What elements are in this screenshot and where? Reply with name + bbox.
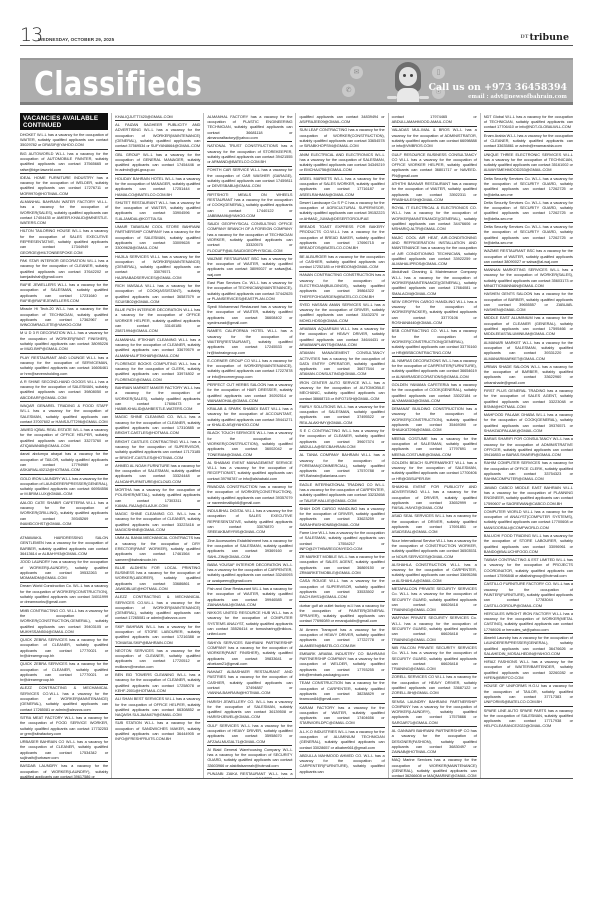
- phone-icon: ✆: [342, 84, 355, 97]
- classified-ad: RWADIZA CONSTRUCTION has a vacancy for t…: [207, 483, 292, 507]
- classified-ad: HILTON TAILORING HOUSE W.L.L has a vacan…: [20, 228, 108, 257]
- classified-ad: AL NIMRAS DECORATIONS W.L.L has a vacanc…: [392, 357, 477, 381]
- classified-ad: WAQAR GENAREL TRADING & FOOD STAFF W.L.L…: [20, 402, 108, 426]
- classified-ad: BALUCHI FOOD TRADING W.L.L has a vacancy…: [484, 532, 573, 556]
- classified-ad: DEMANAT BUILDING CONSTRUCTION has a vaca…: [392, 405, 477, 434]
- classified-ad: A.L.K.O INDUSTRIES W.L.L has a vacancy f…: [299, 728, 384, 752]
- classified-ad: Syedi Mohammad Restaurant has a vacancy …: [207, 303, 292, 327]
- classified-ad: BIG AUTOWORLD W.L.L has a vacancy for th…: [20, 150, 108, 174]
- classified-ad: Zine Accessories Establishment has a vac…: [207, 537, 292, 561]
- classified-ad: GULF RESOURCE BUSINESS CONSULTANCY CO W.…: [392, 151, 477, 180]
- classified-ad: GOLD IRON LAUNDRY W.L.L has a vacancy fo…: [20, 475, 108, 499]
- classified-ad: HANAN CONTRACTING CONSTRUCTION has a vac…: [299, 272, 384, 301]
- classified-ad: NAME'S CALIFORNIA HOTEL W.L.L has a vaca…: [207, 328, 292, 357]
- classified-ad: BASDAB LAUNDRY has a vacancy for the occ…: [20, 762, 108, 778]
- column-4: qualified applicants can contact 3483949…: [296, 113, 388, 778]
- classified-ad: PUNJABI ZAIKA RESTAURANT W.L.L has a vac…: [207, 770, 292, 778]
- classified-ad: HAJILA SERVICES W.L.L has a vacancy for …: [115, 253, 200, 282]
- brand-mark-icon: DT: [520, 34, 528, 40]
- classified-ad: WAFIYAH PRIVATE SECURITY SERVICES Co. W.…: [392, 615, 477, 644]
- classified-ad: ZR MARKET MOBILE W.L.L has a vacancy for…: [299, 553, 384, 577]
- classified-ad: FOHITH CAR SERVICE W.L.L has a vacancy f…: [207, 167, 292, 191]
- classified-ad: SKIP BAHRAIN W.L.L has a vacancy for the…: [115, 623, 200, 647]
- classified-ad: MANNAN MARKETING SERVICES W.L.L has a va…: [484, 266, 573, 290]
- classified-ad: Al Ameen Transport has a vacancy for the…: [299, 626, 384, 650]
- classified-ad: SHAIKHA EVENT FOR PUBLICITY AND ADVERTIS…: [392, 483, 477, 512]
- classified-ad: RIFITSHOTI MEALS ON WHEELS RESTAURANT ha…: [207, 191, 292, 220]
- column-2: KHALIQJUTT7420@GMAIL.COMAL FAIZAN SAGHEE…: [112, 113, 204, 778]
- classified-ad: Desert Landscape Co S P C has a vacancy …: [299, 199, 384, 223]
- classified-ad: VALADAS MUL.IMAL & BROS W.L.L has a vaca…: [392, 127, 477, 151]
- classified-ad: TEAM CONSTRUCTION has a vacancy for the …: [299, 680, 384, 704]
- classified-ad: PAK STAR INTERIOR DECORATION W.L.L has a…: [20, 257, 108, 281]
- classified-ad: ALMANHAL IFTIKHAR CLEANING W.L.L has a v…: [115, 336, 200, 360]
- classified-ad: HASHEN GENTS SALOON has a vacancy for th…: [484, 290, 573, 314]
- classified-ad: MAGIC SHINE CLEANING CO. W.L.L has a vac…: [115, 510, 200, 534]
- mail-icon: ✉: [350, 66, 363, 79]
- classified-ad: Dream World Construction Co. W.L.L has a…: [20, 583, 108, 607]
- classified-ad: AALOD CATE SHABIR CAFETERIA W.L.L has a …: [20, 499, 108, 528]
- banner-bottom-bar: [20, 102, 573, 105]
- classified-ad: EMBARK ARABIA INDUSTRY CO BAHRAINI PARTN…: [299, 650, 384, 679]
- classified-ad: COMPUTER WORLD W.L.L has a vacancy for t…: [484, 508, 573, 532]
- classified-ad: PLAY RESTAURANT AND LOUNGE W.L.L has a v…: [20, 354, 108, 378]
- classified-ad: RAFIE JEWELLERS W.L.L has a vacancy for …: [20, 281, 108, 305]
- classified-ad: BSB CONTRACTING CO. W.L.L has a vacancy …: [392, 328, 477, 357]
- classified-ad: JAWAD CABCO MIDDLE EAST BAHRAIN W.L.L ha…: [484, 484, 573, 508]
- classified-ad: Delta Security Services Co. W.L.L has a …: [484, 199, 573, 223]
- classified-ad: GULF SERVICES W.L.L has a vacancy for th…: [207, 722, 292, 746]
- column-5: contact 17974465 or ABDULLAMAHMOOD.AMAIL…: [389, 113, 481, 778]
- support-agent-illustration: [390, 60, 426, 102]
- mobile-icon: ▯: [432, 66, 445, 79]
- classified-ad: NIB FALCON PRIVATE SECURITY SERVICES Co.…: [392, 644, 477, 673]
- classified-ad: S E C CONTRACTING W.L.L has a vacancy fo…: [299, 427, 384, 451]
- classified-ad: NDT Global W.L.L has a vacancy for the o…: [484, 113, 573, 132]
- classified-ad: BARAS SHARIFI FOR CONSULTANCY W.L.L has …: [484, 436, 573, 460]
- classified-ad: E-CORNER GROUP CO W.L.L has a vacancy fo…: [207, 357, 292, 381]
- classified-ad: ALI SHAN BEST SERVICES W.L.L has a vacan…: [115, 695, 200, 719]
- classified-ad: ALMANHAL BAHRAIN WATER FACTORY W.L.L. ha…: [20, 198, 108, 227]
- classified-ad: ATAMAN MANAGEMENT CONSULTANCY ACTIVITIES…: [299, 349, 384, 378]
- classified-ad: Abdulhadi Cleaning & Maintenance Company…: [392, 269, 477, 298]
- classified-ad: EAGLE INTERNATIONAL TRADING CO W.L.L has…: [299, 481, 384, 505]
- classified-ad: CASA ROUGE W.L.L has a vacancy for the o…: [299, 578, 384, 602]
- classified-ad: HARISH JEWELLERY CO. W.L.L has a vacancy…: [207, 698, 292, 722]
- classified-ad: UMM AL BANIA MECHANICAL CONTRACTS has a …: [115, 535, 200, 564]
- classified-ad: Delta Security Services Co. W.L.L has a …: [484, 223, 573, 247]
- classified-ad: WAZMIE RESTAURANT BSC has a vacancy for …: [484, 247, 573, 266]
- classified-ad: M U D 3 R DECORATION W.L.L has a vacancy…: [20, 330, 108, 354]
- classified-ad: GOLDEN BEACH SUPERMARKET W.L.L has a vac…: [392, 459, 477, 483]
- classified-ad: FLORENCE BOOKS COMPUTING W.L.L has a vac…: [115, 360, 200, 384]
- contact-email[interactable]: email : advt@newsofbahrain.com: [468, 94, 567, 100]
- classified-ad: Alwehli Laundry has a vacancy for the oc…: [484, 634, 573, 658]
- classified-ad: A R SHINE SECOND-HAND GOODS W.L.L has a …: [20, 378, 108, 402]
- classified-ad: SAHIYA SERVICES BAHRAINI PARTNERSHIP COM…: [207, 639, 292, 668]
- classified-ad: ARABIAN AQUARIUM W.L.L has a vacancy for…: [299, 325, 384, 349]
- classified-ad: BE ALBURGER has a vacancy for the occupa…: [299, 253, 384, 272]
- classified-ad: UMAIR TABASUM COOL STORE BAHRAINI PARTNE…: [115, 223, 200, 252]
- brand-logo[interactable]: DTtribune: [520, 32, 569, 43]
- classified-ad: SHAH DOR CARGO HANDLING has a vacancy fo…: [299, 505, 384, 529]
- classified-ad: RAHIM COMPUTER SERVICES has a vacancy fo…: [484, 460, 573, 484]
- classified-ad: contact 17974465 or ABDULLAMAHMOOD.AMAIL…: [392, 113, 477, 127]
- classified-ad: Al Blaid General Warehousing Company W.L…: [207, 746, 292, 770]
- classified-ad: KARAM FACTORY has a vacancy for the occu…: [299, 704, 384, 728]
- classified-columns: VACANCIES AVAILABLE CONTINUED DHOKET W.L…: [20, 113, 573, 778]
- classified-ad: ALMANHAL FACTORY has a vacancy for the o…: [207, 113, 292, 142]
- classified-ad: SUN LEAF CONTRACTING has a vacancy for t…: [299, 127, 384, 151]
- classified-ad: MAGIC SHINE CLEANING CO. W.L.L has a vac…: [115, 414, 200, 438]
- classified-ad: URBAN SHADE SALOON W.L.L has a vacancy f…: [484, 363, 573, 387]
- classified-ad: MEENA COSTUME has a vacancy for the occu…: [392, 435, 477, 459]
- ad-list: KHALIQJUTT7420@GMAIL.COMAL FAIZAN SAGHEE…: [115, 113, 200, 743]
- classified-ad: HOUSE OF UNIFORMS H.O.U has a vacancy fo…: [484, 683, 573, 707]
- column-1: VACANCIES AVAILABLE CONTINUED DHOKET W.L…: [20, 113, 112, 778]
- classified-ad: ZORELL SERVICES CO W.L.L has a vacancy f…: [392, 674, 477, 698]
- classified-ad: SENSA LAUNDRY BAHRAINI PARTNERSHIP COMPA…: [392, 698, 477, 727]
- classified-ad: MIDDLE EAST ALUMINIUM has a vacancy for …: [484, 315, 573, 339]
- call-number[interactable]: Call us on +973 36458394: [429, 82, 568, 93]
- classifieds-banner: Classifieds ✉ ✆ ▯ ☉ Call us on +973 3645…: [20, 58, 573, 102]
- column-3: ALMANHAL FACTORY has a vacancy for the o…: [204, 113, 296, 778]
- classified-ad: ROYAL IT ELECTRICAL & ELECTRONICS CO. W.…: [392, 204, 477, 233]
- classified-ad: AL FAIZAN SAGHEER PUBLICITY AND ADVERTIS…: [115, 121, 200, 150]
- classified-ad: JAWED IQBAL REAL ESTATE W.L.L has a vaca…: [20, 426, 108, 450]
- brand-name: tribune: [529, 32, 569, 43]
- classified-ad: FAIRLY SOLUTIONS W.L.L has a vacancy for…: [299, 403, 384, 427]
- classified-ad: Fame Line W.L.L has a vacancy for the oc…: [299, 529, 384, 553]
- classified-ad: RICH MASALA W.L.L has a vacancy for the …: [115, 282, 200, 306]
- page-date: WEDNESDAY, OCTOBER 29, 2025: [38, 37, 114, 42]
- ad-list: NDT Global W.L.L has a vacancy for the o…: [484, 113, 573, 730]
- classified-ad: GOLDEN YAMAMA CAFETERIA has a vacancy fo…: [392, 381, 477, 405]
- classified-ad: ASEEL MARKETS W.L.L has a vacancy for th…: [299, 175, 384, 199]
- classified-ad: MAJIC COOL AIR HEAT, AIR-CONDITIONING AN…: [392, 234, 477, 269]
- classified-ad: ALEZZ CONTRACTING & MECHANICAL SERVICES …: [115, 593, 200, 622]
- classified-ad: BREADS TOAST EXPRESS FOR BAKERY PRODUCTS…: [299, 223, 384, 252]
- classified-ad: FIRST PLUS GENERAL TRADING has a vacancy…: [484, 387, 573, 411]
- classified-ad: ABDULLA MAHMOOD AHMED CO. W.L.L has a va…: [299, 752, 384, 775]
- classified-ad: QUICK ZEBRA SERVICES has a vacancy for t…: [20, 636, 108, 660]
- classified-ad: GBL GROUP W.L.L has a vacancy for the oc…: [115, 151, 200, 175]
- classified-ad: SHUTET RESTAURANT W.L.L has a vacancy fo…: [115, 199, 200, 223]
- classified-ad: HERCULES WRIGHT IRON FACTORY W.L.L has a…: [484, 610, 573, 634]
- section-heading: VACANCIES AVAILABLE CONTINUED: [20, 113, 108, 130]
- page-number: 13: [20, 24, 42, 46]
- classified-ad: ALSHAHLA CONSTRUCTION W.L.L has a vacanc…: [392, 561, 477, 585]
- classified-ad: Nour International Service W.L.L has a v…: [392, 537, 477, 561]
- classified-ad: ALEZZ CONTRACTING & MECHANICAL SERVICES …: [20, 685, 108, 714]
- classified-ad: HIFAIZ FASHIONS W.L.L has a vacancy for …: [484, 658, 573, 682]
- classified-ad: NEOTON SERVICES has a vacancy for the oc…: [115, 647, 200, 671]
- classified-ad: MMB CONTRACTING CO. W.L.L has a vacancy …: [20, 607, 108, 636]
- classified-ad: TAIBAH CONTRACTING & EST LIMITED W.L.L h…: [484, 556, 573, 580]
- classified-ad: Miracle Hi Tech-20 W.L.L has a vacancy f…: [20, 306, 108, 330]
- classified-ad: URBASER BAHRAIN CO W.L.L has a vacancy f…: [20, 738, 108, 762]
- classified-ad: BRIGHT CASTLES CONTRACTING W.L.L has a v…: [115, 438, 200, 462]
- classified-ad: AL GANNARI BAHRAINI PARTNERSHIP CO has a…: [392, 727, 477, 756]
- classified-ad: SAUDI GEOPHYSICAL CONSULTING OFFICE COMP…: [207, 220, 292, 255]
- classified-ad: UNIQUE THREE ELECTRONIC SERVICES W.L.L h…: [484, 151, 573, 175]
- classified-ad: BABA YOUSAF INTERIOR DECORATION W.L.L ha…: [207, 561, 292, 585]
- classified-ad: East Plan Services Co. W.L.L has a vacan…: [207, 279, 292, 303]
- classified-ad: SYED HASSAN AMAN SERVICES W.L.L has a va…: [299, 301, 384, 325]
- ad-list: contact 17974465 or ABDULLAMAHMOOD.AMAIL…: [392, 113, 477, 778]
- classified-ad: QUICK ZEBRA SERVICES has a vacancy for t…: [20, 661, 108, 685]
- column-6: NDT Global W.L.L has a vacancy for the o…: [481, 113, 573, 778]
- classified-ad: NATIONAL TRUST CONSTRUCTIONS has a vacan…: [207, 142, 292, 166]
- classified-ad: KRALAB & SPARK SHABIDI EAST W.L.L has a …: [207, 405, 292, 429]
- classified-ad: BEN EID TOWERS CLEANING W.L.L has a vaca…: [115, 671, 200, 695]
- classified-ad: JOOD LAUNDRY has a vacancy for the occup…: [20, 559, 108, 583]
- classified-ad: AL TANIA COMPANY BAHRAIN W.L.L has a vac…: [299, 451, 384, 480]
- classified-ad: HOLIDAY BAHRAIN HOTEL W.L.L has a vacanc…: [115, 175, 200, 199]
- classified-ad: SITRA MEAT FACTORY W.L.L has a vacancy f…: [20, 714, 108, 738]
- classified-ad: NAHAAT ALBASHAER RESTAURANT AND PASTRIES…: [207, 668, 292, 697]
- classified-ad: BLUE PATH INTERIOR DECORATION W.L.L has …: [115, 306, 200, 335]
- classified-ad: IDEAL HOME FURNITURE INDUSTRY has a vaca…: [20, 174, 108, 198]
- classified-ad: AHMED AL NOAH FURNITURE has a vacancy fo…: [115, 462, 200, 486]
- ad-list: DHOKET W.L.L has a vacancy for the occup…: [20, 131, 108, 778]
- classified-ad: NIKKOS UNITED RESOURCE HUB W.L.L has a v…: [207, 609, 292, 638]
- classified-ad: Fish and Gear Restaurant W.L.L has a vac…: [207, 585, 292, 609]
- ad-list: ALMANHAL FACTORY has a vacancy for the o…: [207, 113, 292, 778]
- classified-ad: NEW GROFFIN CARGO HANDLING W.L.L has a v…: [392, 298, 477, 327]
- classified-ad: SPARE LINE AUTO SPARE PARTS has a vacanc…: [484, 707, 573, 730]
- classified-ad: KHALIQJUTT7420@GMAIL.COM: [115, 113, 200, 121]
- classified-ad: IRON CENTER AUTO SERVICE W.L.L has a vac…: [299, 379, 384, 403]
- classified-ad: Enam Arabia W.L.L has a vacancy for the …: [484, 132, 573, 151]
- classified-ad: PERFECT CUT HERBS SALOON has a vacancy f…: [207, 381, 292, 405]
- classified-ad: MORTHA has a vacancy for the occupation …: [115, 486, 200, 510]
- classified-ad: ALMANARI MARKET W.L.L has a vacancy for …: [484, 339, 573, 363]
- classified-ad: Delta Security Services Co. W.L.L has a …: [484, 175, 573, 199]
- classified-ad: AL SHABAKI EVENT MANAGEMENT SERVICE W.L.…: [207, 459, 292, 483]
- masthead: 13 WEDNESDAY, OCTOBER 29, 2025 DTtribune: [20, 26, 573, 46]
- classified-ad: ATHITHI BAHAAR RESTAURANT has a vacancy …: [392, 180, 477, 204]
- classified-ad: BLUE ALDIHEN FOR LOCAL PRINTING BUSINESS…: [115, 564, 200, 593]
- classified-ad: WAZMIE RESTAURANT BSC has a vacancy for …: [207, 255, 292, 279]
- classified-ad: INDULBHAL DIGITAL W.L.L has a vacancy fo…: [207, 507, 292, 536]
- classified-ad: danat abdumya abayat has a vacancy for t…: [20, 451, 108, 475]
- classified-ad: SUB STATION W.L.L has a vacancy for the …: [115, 720, 200, 743]
- classified-ad: BLACK TOUCH SERVICES W.L.L has a vacancy…: [207, 430, 292, 459]
- classified-ad: CASTILLO FURNITURE FACTORY CO. W.L.L has…: [484, 581, 573, 610]
- classified-ad: BAHRAIN MARKET MAKER FACTORY W.L.L has a…: [115, 384, 200, 413]
- page-title: Classifieds: [34, 64, 202, 102]
- classified-ad: MAQ Marine Services has a vacancy for th…: [392, 757, 477, 778]
- classified-ad: qualified applicants can contact 3483949…: [299, 113, 384, 127]
- classified-ad: METAFALCON PRIVATE SECURITY SERVICES Co.…: [392, 585, 477, 614]
- ad-list: qualified applicants can contact 3483949…: [299, 113, 384, 775]
- classified-ad: DHOKET W.L.L has a vacancy for the occup…: [20, 131, 108, 150]
- classified-ad: ANIM ELECTRICAL AND ELECTRONICS W.L.L ha…: [299, 151, 384, 175]
- classified-ad: ASAD SEAL SERVICES W.L.L has a vacancy f…: [392, 513, 477, 537]
- classified-ad: MAHFOOD PALAAK DHABA W.L.L has a vacancy…: [484, 411, 573, 435]
- classified-ad: ATMAWAKIL HAIRDRESSING SALON GENTLEMEN h…: [20, 534, 108, 558]
- footer-rule: [20, 778, 573, 779]
- classified-ad: durbar gulf air outlet factory w.l.l has…: [299, 602, 384, 626]
